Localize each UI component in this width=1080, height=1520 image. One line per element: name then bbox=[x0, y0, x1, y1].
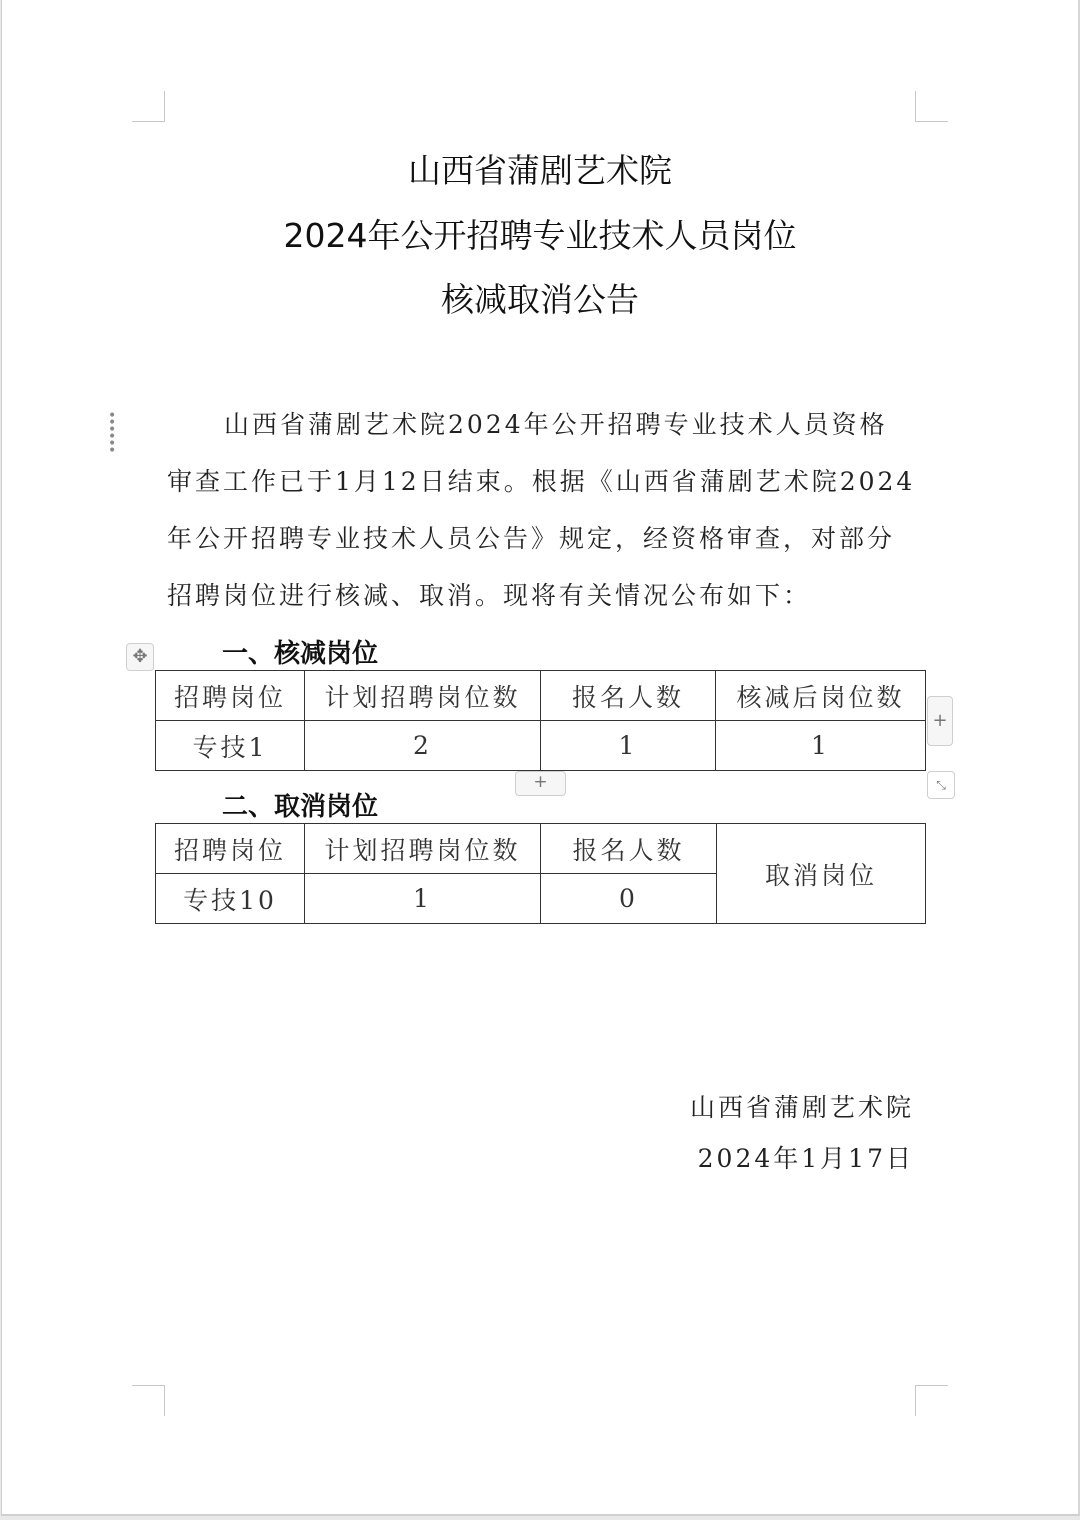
doc-title-line-1: 山西省蒲剧艺术院 bbox=[2, 145, 1078, 192]
header-cell: 计划招聘岗位数 bbox=[305, 824, 541, 874]
table-header-row: 招聘岗位 计划招聘岗位数 报名人数 核减后岗位数 bbox=[156, 671, 926, 721]
body-line-1: 山西省蒲剧艺术院2024年公开招聘专业技术人员资格 bbox=[167, 396, 919, 453]
document-page: 山西省蒲剧艺术院 2024年公开招聘专业技术人员岗位 核减取消公告 • •• •… bbox=[1, 0, 1080, 1516]
cancelled-positions-table: 招聘岗位 计划招聘岗位数 报名人数 取消岗位 专技10 1 0 bbox=[155, 823, 926, 924]
body-paragraph[interactable]: 山西省蒲剧艺术院2024年公开招聘专业技术人员资格 审查工作已于1月12日结束。… bbox=[167, 396, 919, 624]
body-line-3: 年公开招聘专业技术人员公告》规定，经资格审查，对部分 bbox=[167, 510, 919, 567]
table-cell: 1 bbox=[716, 721, 926, 771]
table-header-row: 招聘岗位 计划招聘岗位数 报名人数 取消岗位 bbox=[156, 824, 926, 874]
section-heading-cancelled: 二、取消岗位 bbox=[222, 786, 378, 823]
table-resize-icon[interactable]: ⤡ bbox=[927, 771, 955, 799]
header-cell: 报名人数 bbox=[541, 824, 717, 874]
table-cell: 0 bbox=[541, 874, 717, 924]
header-cell: 计划招聘岗位数 bbox=[305, 671, 541, 721]
doc-title-line-2: 2024年公开招聘专业技术人员岗位 bbox=[2, 210, 1078, 257]
merged-status-cell: 取消岗位 bbox=[717, 824, 926, 924]
signature-date: 2024年1月17日 bbox=[602, 1139, 914, 1175]
margin-corner-top-right bbox=[915, 91, 948, 122]
header-cell: 核减后岗位数 bbox=[716, 671, 926, 721]
table-cell: 专技1 bbox=[156, 721, 305, 771]
table-move-icon[interactable]: ✥ bbox=[126, 643, 154, 671]
signature-org: 山西省蒲剧艺术院 bbox=[602, 1088, 914, 1124]
margin-corner-bottom-left bbox=[132, 1385, 165, 1416]
body-line-2: 审查工作已于1月12日结束。根据《山西省蒲剧艺术院2024 bbox=[167, 453, 919, 510]
paragraph-drag-handle-icon[interactable]: • •• •• • bbox=[108, 413, 122, 433]
table-cell: 2 bbox=[305, 721, 541, 771]
section-heading-reduced: 一、核减岗位 bbox=[222, 633, 378, 670]
header-cell: 招聘岗位 bbox=[156, 824, 305, 874]
table-cell: 专技10 bbox=[156, 874, 305, 924]
margin-corner-top-left bbox=[132, 91, 165, 122]
add-column-button[interactable]: + bbox=[927, 696, 953, 746]
table-cell: 1 bbox=[305, 874, 541, 924]
header-cell: 招聘岗位 bbox=[156, 671, 305, 721]
header-cell: 报名人数 bbox=[541, 671, 716, 721]
table-cell: 1 bbox=[541, 721, 716, 771]
add-row-button[interactable]: + bbox=[515, 771, 566, 796]
doc-title-line-3: 核减取消公告 bbox=[2, 274, 1078, 321]
margin-corner-bottom-right bbox=[915, 1385, 948, 1416]
reduced-positions-table: 招聘岗位 计划招聘岗位数 报名人数 核减后岗位数 专技1 2 1 1 bbox=[155, 670, 926, 771]
body-line-4: 招聘岗位进行核减、取消。现将有关情况公布如下： bbox=[167, 567, 919, 624]
table-row: 专技1 2 1 1 bbox=[156, 721, 926, 771]
